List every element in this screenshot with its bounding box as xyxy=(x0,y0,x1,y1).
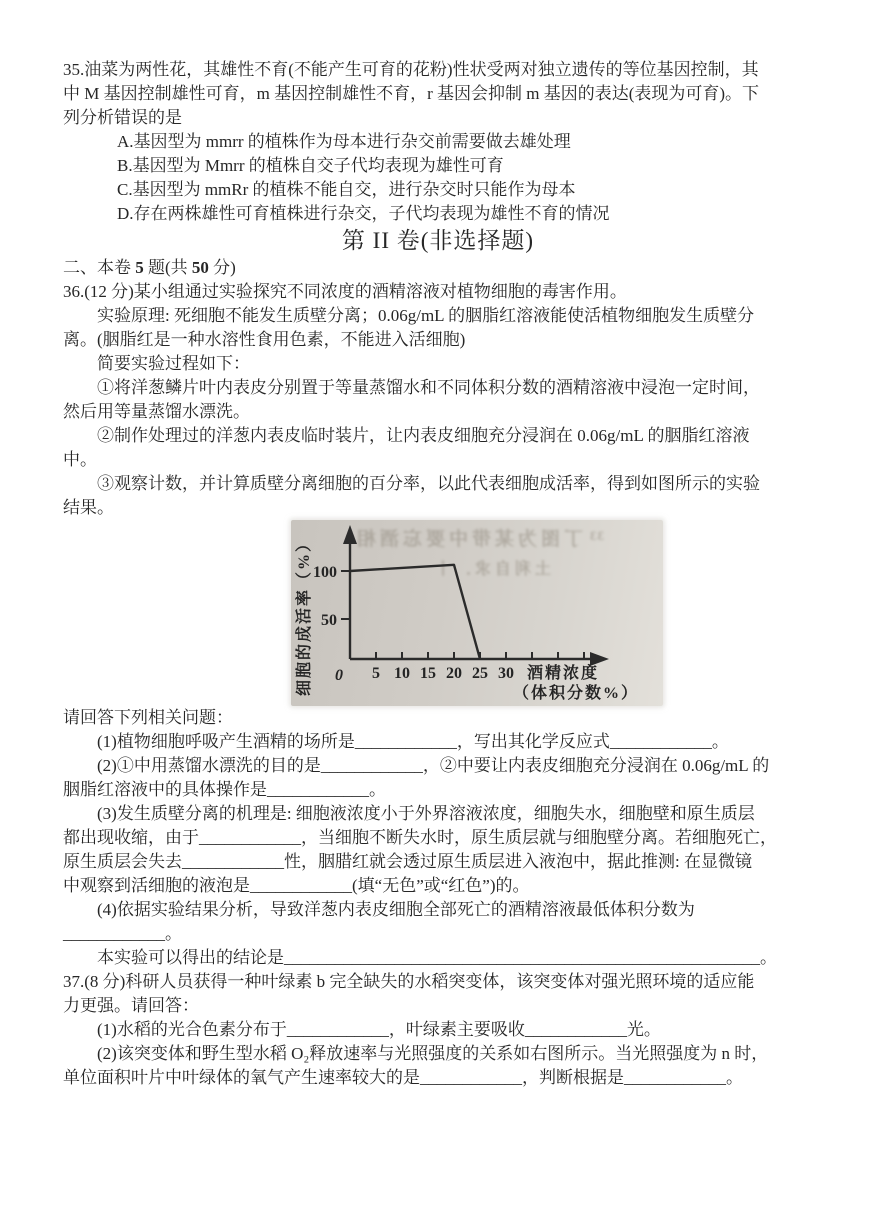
section-points: 50 xyxy=(192,258,209,277)
q36-conclusion: 本实验可以得出的结论是_____________________________… xyxy=(63,946,813,970)
q36-sub3b: 都出现收缩，由于____________，当细胞不断失水时，原生质层就与细胞壁分… xyxy=(63,826,813,850)
q36-sub1: (1)植物细胞呼吸产生酒精的场所是____________，写出其化学反应式__… xyxy=(63,730,813,754)
q36-step-2: ②制作处理过的洋葱内表皮临时装片，让内表皮细胞充分浸润在 0.06g/mL 的胭… xyxy=(63,424,813,448)
q36-step-3: ③观察计数，并计算质壁分离细胞的百分率，以此代表细胞成活率，得到如图所示的实验 xyxy=(63,472,813,496)
x-axis-title-line1: 酒精浓度 xyxy=(527,663,599,682)
y-axis-arrow xyxy=(343,525,357,544)
exam-scan-page: { "colors": { "ink": "#262626", "scan_ba… xyxy=(0,0,869,1229)
section-question-count: 5 xyxy=(135,258,144,277)
q35-line-2: 中 M 基因控制雄性可育，m 基因控制雄性不育，r 基因会抑制 m 基因的表达(… xyxy=(63,82,813,106)
x-tick-label-20: 20 xyxy=(446,665,462,682)
q36-sub3d: 中观察到活细胞的液泡是____________(填“无色”或“红色”)的。 xyxy=(63,874,813,898)
q36-line-4: 简要实验过程如下： xyxy=(63,352,813,376)
q36-step-2b: 中。 xyxy=(63,448,813,472)
section-mid: 题(共 xyxy=(144,258,192,277)
q35-option-c: C.基因型为 mmRr 的植株不能自交，进行杂交时只能作为母本 xyxy=(63,178,813,202)
survival-rate-chart: 丁图为某带中要忘酒相 土利自求．丨 33 100 50 0 xyxy=(291,520,663,706)
q36-sub3c: 原生质层会失去____________性，胭腊红就会透过原生质层进入液泡中，据此… xyxy=(63,850,813,874)
survival-line xyxy=(350,565,480,659)
x-tick-label-10: 10 xyxy=(394,665,410,682)
q36-sub3: (3)发生质壁分离的机理是: 细胞液浓度小于外界溶液浓度，细胞失水，细胞壁和原生… xyxy=(63,802,813,826)
y-axis-title: 细胞的成活率（%） xyxy=(294,534,313,696)
x-axis-title-line2: （体积分数%） xyxy=(513,683,639,702)
q37-line-2: 力更强。请回答： xyxy=(63,994,813,1018)
y-tick-label-50: 50 xyxy=(321,612,337,629)
section-suffix: 分) xyxy=(209,258,236,277)
q36-step-1: ①将洋葱鳞片叶内表皮分别置于等量蒸馏水和不同体积分数的酒精溶液中浸泡一定时间， xyxy=(63,376,813,400)
q35-option-d: D.存在两株雄性可育植株进行杂交，子代均表现为雄性不育的情况 xyxy=(63,202,813,226)
x-tick-label-30: 30 xyxy=(498,665,514,682)
q36-line-1: 36.(12 分)某小组通过实验探究不同浓度的酒精溶液对植物细胞的毒害作用。 xyxy=(63,280,813,304)
section-prefix: 二、本卷 xyxy=(63,258,135,277)
q35-line-1: 35.油菜为两性花，其雄性不育(不能产生可育的花粉)性状受两对独立遗传的等位基因… xyxy=(63,58,813,82)
q37-sub2b: 单位面积叶片中叶绿体的氧气产生速率较大的是____________，判断根据是_… xyxy=(63,1066,813,1090)
y-tick-label-100: 100 xyxy=(313,564,337,581)
q35-option-b: B.基因型为 Mmrr 的植株自交子代均表现为雄性可育 xyxy=(63,154,813,178)
q36-line-3: 离。(胭脂红是一种水溶性食用色素，不能进入活细胞) xyxy=(63,328,813,352)
q36-line-2: 实验原理: 死细胞不能发生质壁分离；0.06g/mL 的胭脂红溶液能使活植物细胞… xyxy=(63,304,813,328)
q36-answer-prompt: 请回答下列相关问题： xyxy=(63,706,813,730)
x-tick-label-15: 15 xyxy=(420,665,436,682)
exam-body: 35.油菜为两性花，其雄性不育(不能产生可育的花粉)性状受两对独立遗传的等位基因… xyxy=(63,58,813,1090)
x-axis-arrow xyxy=(590,652,609,666)
q37-sub2: (2)该突变体和野生型水稻 O₂释放速率与光照强度的关系如右图所示。当光照强度为… xyxy=(63,1042,813,1066)
x-tick-label-0: 0 xyxy=(335,667,343,684)
q36-step-1b: 然后用等量蒸馏水漂洗。 xyxy=(63,400,813,424)
part2-heading: 第 II 卷(非选择题) xyxy=(63,226,813,256)
q36-step-3b: 结果。 xyxy=(63,496,813,520)
q36-sub2b: 胭脂红溶液中的具体操作是____________。 xyxy=(63,778,813,802)
chart-canvas: 100 50 0 5 10 15 20 25 30 酒精浓度 （体积分数%） 细… xyxy=(291,520,663,706)
q36-sub4: (4)依据实验结果分析，导致洋葱内表皮细胞全部死亡的酒精溶液最低体积分数为 xyxy=(63,898,813,922)
x-tick-label-25: 25 xyxy=(472,665,488,682)
x-tick-label-5: 5 xyxy=(372,665,380,682)
q37-line-1: 37.(8 分)科研人员获得一种叶绿素 b 完全缺失的水稻突变体，该突变体对强光… xyxy=(63,970,813,994)
section-summary: 二、本卷 5 题(共 50 分) xyxy=(63,256,813,280)
q35-option-a: A.基因型为 mmrr 的植株作为母本进行杂交前需要做去雄处理 xyxy=(63,130,813,154)
q35-line-3: 列分析错误的是 xyxy=(63,106,813,130)
q36-sub2: (2)①中用蒸馏水漂洗的目的是____________，②中要让内表皮细胞充分浸… xyxy=(63,754,813,778)
q36-sub4-blank: ____________。 xyxy=(63,922,813,946)
q37-sub1: (1)水稻的光合色素分布于____________，叶绿素主要吸收_______… xyxy=(63,1018,813,1042)
